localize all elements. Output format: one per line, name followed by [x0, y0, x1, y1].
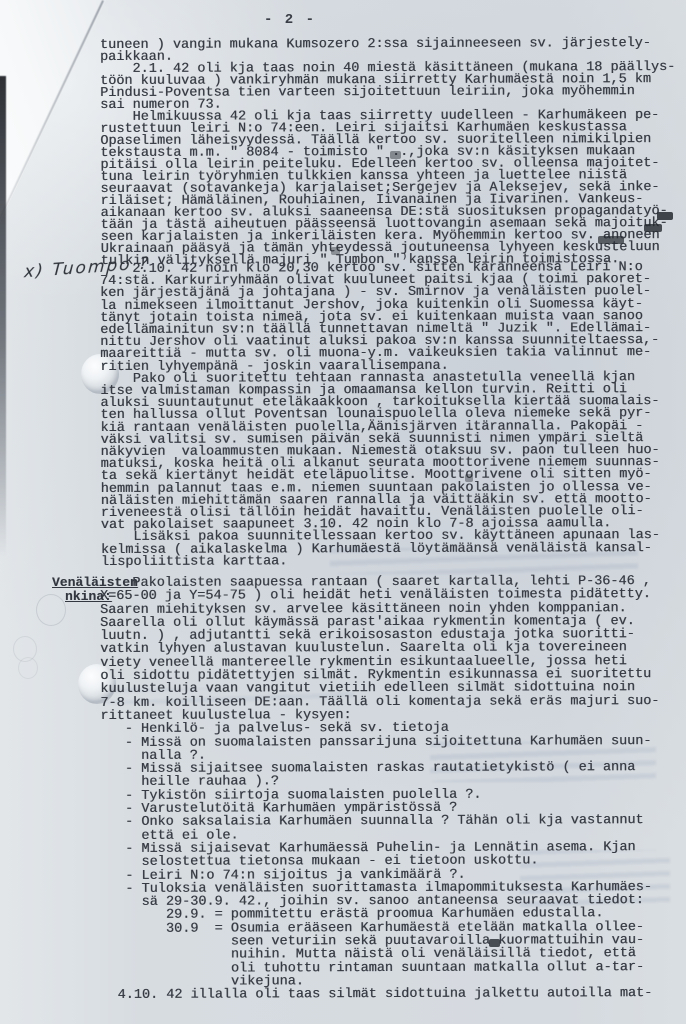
scanned-document-page: - 2 - tuneen ) vangin mukana Kumsozero 2…	[0, 0, 686, 1024]
typewritten-text-block-3: Pakolaisten saapuessa rantaan ( saaret k…	[100, 575, 660, 1002]
typewritten-text-block-2: 2.10. 42 noin klo 20,30 kertoo sv. sitte…	[100, 262, 660, 569]
overstrike-mark	[598, 236, 624, 244]
overstrike-mark	[390, 151, 401, 159]
scan-edge-shadow	[0, 76, 6, 556]
overstrike-mark	[657, 212, 673, 220]
overstrike-mark	[331, 247, 340, 255]
margin-label-line1: Venäläisten	[52, 575, 138, 590]
folded-corner-artifact	[0, 0, 106, 222]
overstrike-mark	[489, 939, 500, 947]
stain-ring	[18, 657, 38, 679]
overstrike-mark	[465, 474, 473, 482]
overstrike-mark	[644, 224, 662, 232]
typed-margin-label: Venäläisten nkina:	[52, 576, 138, 603]
page-number: - 2 -	[264, 12, 316, 28]
typewritten-text-block-1: tuneen ) vangin mukana Kumsozero 2:ssa s…	[100, 38, 676, 268]
margin-label-line2: nkina:	[65, 590, 112, 604]
